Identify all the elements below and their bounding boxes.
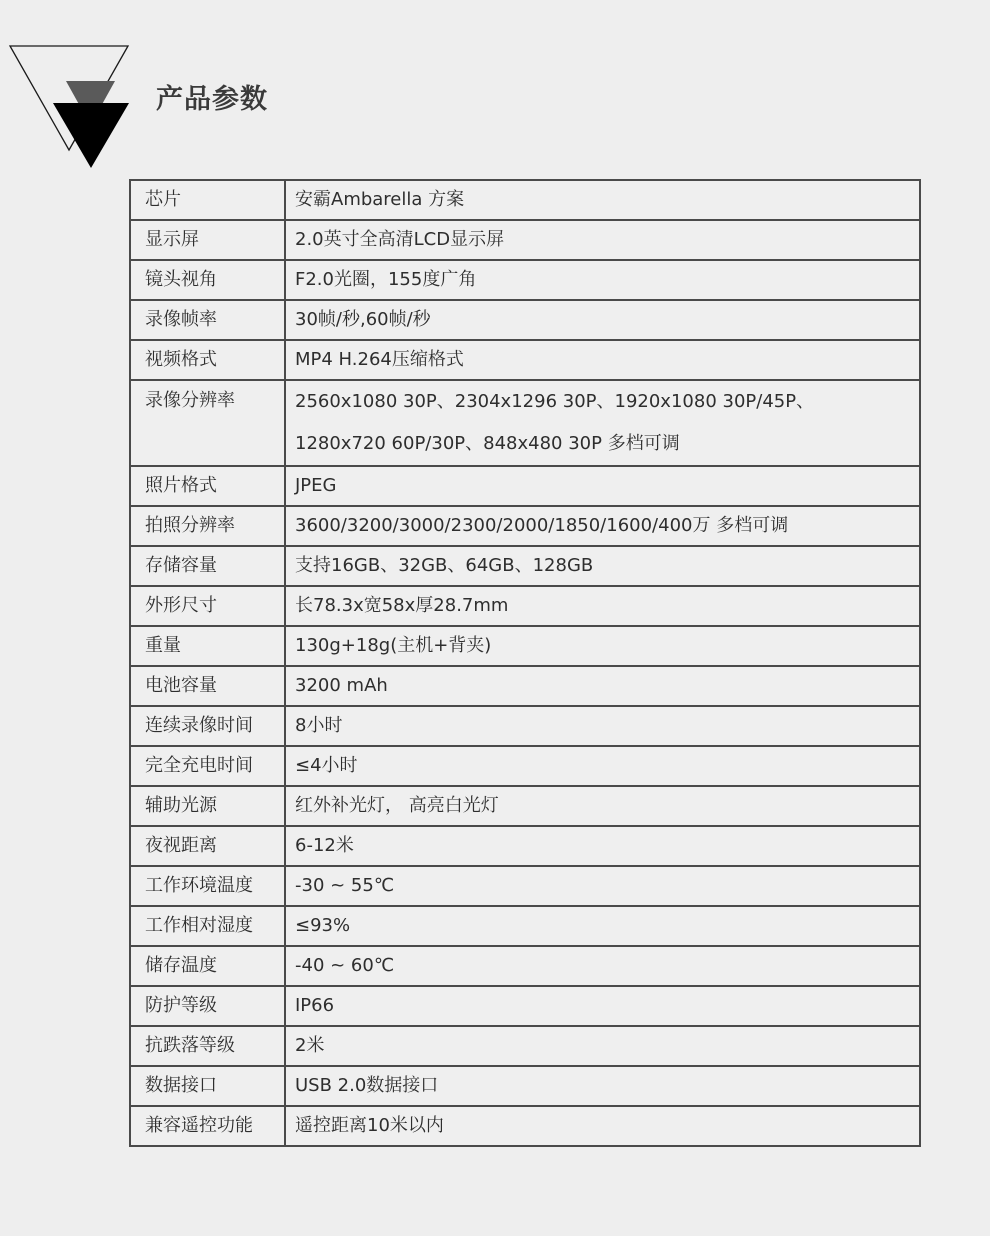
spec-label: 抗跌落等级 [130, 1026, 285, 1066]
spec-value-line: 8小时 [295, 715, 342, 736]
spec-value-line: MP4 H.264压缩格式 [295, 349, 464, 370]
spec-row: 显示屏2.0英寸全高清LCD显示屏 [130, 220, 920, 260]
spec-label: 录像帧率 [130, 300, 285, 340]
spec-row: 录像分辨率2560x1080 30P、2304x1296 30P、1920x10… [130, 380, 920, 466]
spec-row: 抗跌落等级2米 [130, 1026, 920, 1066]
spec-value-line: 长78.3x宽58x厚28.7mm [295, 595, 508, 616]
spec-value-line: ≤4小时 [295, 755, 358, 776]
spec-row: 存储容量支持16GB、32GB、64GB、128GB [130, 546, 920, 586]
spec-row: 工作环境温度-30 ~ 55℃ [130, 866, 920, 906]
spec-value: 遥控距离10米以内 [285, 1106, 920, 1146]
spec-value-line: F2.0光圈，155度广角 [295, 269, 476, 290]
spec-row: 芯片安霸Ambarella 方案 [130, 180, 920, 220]
spec-value: ≤93% [285, 906, 920, 946]
spec-value-line: 2米 [295, 1035, 324, 1056]
spec-value-line: -40 ~ 60℃ [295, 955, 394, 976]
spec-value: 2米 [285, 1026, 920, 1066]
spec-row: 储存温度-40 ~ 60℃ [130, 946, 920, 986]
spec-value: 长78.3x宽58x厚28.7mm [285, 586, 920, 626]
spec-label: 电池容量 [130, 666, 285, 706]
spec-value-line: 安霸Ambarella 方案 [295, 189, 464, 210]
spec-value-line: 红外补光灯， 高亮白光灯 [295, 795, 499, 816]
spec-label: 数据接口 [130, 1066, 285, 1106]
spec-label: 录像分辨率 [130, 380, 285, 466]
spec-label: 照片格式 [130, 466, 285, 506]
spec-label: 工作环境温度 [130, 866, 285, 906]
spec-value: JPEG [285, 466, 920, 506]
spec-value: IP66 [285, 986, 920, 1026]
spec-row: 防护等级IP66 [130, 986, 920, 1026]
spec-label: 拍照分辨率 [130, 506, 285, 546]
spec-value-line: ≤93% [295, 915, 350, 936]
spec-value: 2.0英寸全高清LCD显示屏 [285, 220, 920, 260]
spec-value-line: 遥控距离10米以内 [295, 1115, 444, 1136]
spec-label: 视频格式 [130, 340, 285, 380]
spec-row: 工作相对湿度≤93% [130, 906, 920, 946]
spec-label: 防护等级 [130, 986, 285, 1026]
spec-row: 电池容量3200 mAh [130, 666, 920, 706]
spec-row: 夜视距离6-12米 [130, 826, 920, 866]
spec-value: 安霸Ambarella 方案 [285, 180, 920, 220]
page-title: 产品参数 [156, 80, 268, 120]
spec-label: 夜视距离 [130, 826, 285, 866]
spec-value-line: 3200 mAh [295, 675, 388, 696]
spec-value-line: 130g+18g(主机+背夹) [295, 635, 491, 656]
spec-value-line: USB 2.0数据接口 [295, 1075, 438, 1096]
spec-label: 存储容量 [130, 546, 285, 586]
spec-value: 6-12米 [285, 826, 920, 866]
spec-value: 8小时 [285, 706, 920, 746]
spec-value-line: 30帧/秒,60帧/秒 [295, 309, 431, 330]
spec-value-line: -30 ~ 55℃ [295, 875, 394, 896]
spec-row: 录像帧率30帧/秒,60帧/秒 [130, 300, 920, 340]
spec-value-line: 6-12米 [295, 835, 354, 856]
spec-row: 视频格式MP4 H.264压缩格式 [130, 340, 920, 380]
spec-label: 辅助光源 [130, 786, 285, 826]
spec-value: 130g+18g(主机+背夹) [285, 626, 920, 666]
spec-row: 外形尺寸长78.3x宽58x厚28.7mm [130, 586, 920, 626]
spec-row: 辅助光源红外补光灯， 高亮白光灯 [130, 786, 920, 826]
spec-value-line: 2.0英寸全高清LCD显示屏 [295, 229, 504, 250]
spec-value: 2560x1080 30P、2304x1296 30P、1920x1080 30… [285, 380, 920, 466]
spec-label: 工作相对湿度 [130, 906, 285, 946]
spec-table: 芯片安霸Ambarella 方案显示屏2.0英寸全高清LCD显示屏镜头视角F2.… [129, 179, 921, 1147]
spec-label: 储存温度 [130, 946, 285, 986]
spec-value: 3200 mAh [285, 666, 920, 706]
spec-row: 重量130g+18g(主机+背夹) [130, 626, 920, 666]
spec-value: 支持16GB、32GB、64GB、128GB [285, 546, 920, 586]
spec-label: 显示屏 [130, 220, 285, 260]
spec-value: 红外补光灯， 高亮白光灯 [285, 786, 920, 826]
spec-value: MP4 H.264压缩格式 [285, 340, 920, 380]
spec-value-line: 2560x1080 30P、2304x1296 30P、1920x1080 30… [295, 381, 919, 423]
spec-value-line: 1280x720 60P/30P、848x480 30P 多档可调 [295, 423, 919, 465]
spec-value: F2.0光圈，155度广角 [285, 260, 920, 300]
spec-value-line: 3600/3200/3000/2300/2000/1850/1600/400万 … [295, 515, 788, 536]
spec-label: 外形尺寸 [130, 586, 285, 626]
spec-label: 兼容遥控功能 [130, 1106, 285, 1146]
spec-row: 连续录像时间8小时 [130, 706, 920, 746]
spec-row: 镜头视角F2.0光圈，155度广角 [130, 260, 920, 300]
spec-value: -30 ~ 55℃ [285, 866, 920, 906]
spec-value: 3600/3200/3000/2300/2000/1850/1600/400万 … [285, 506, 920, 546]
spec-value-line: IP66 [295, 995, 334, 1016]
spec-value: USB 2.0数据接口 [285, 1066, 920, 1106]
triangle-logo-icon [8, 44, 133, 170]
spec-value: ≤4小时 [285, 746, 920, 786]
spec-label: 芯片 [130, 180, 285, 220]
spec-row: 兼容遥控功能遥控距离10米以内 [130, 1106, 920, 1146]
spec-label: 重量 [130, 626, 285, 666]
spec-row: 完全充电时间≤4小时 [130, 746, 920, 786]
spec-label: 完全充电时间 [130, 746, 285, 786]
spec-table-body: 芯片安霸Ambarella 方案显示屏2.0英寸全高清LCD显示屏镜头视角F2.… [130, 180, 920, 1146]
spec-row: 数据接口USB 2.0数据接口 [130, 1066, 920, 1106]
section-header: 产品参数 [0, 0, 990, 175]
spec-label: 镜头视角 [130, 260, 285, 300]
spec-value-line: JPEG [295, 475, 336, 496]
spec-value: 30帧/秒,60帧/秒 [285, 300, 920, 340]
spec-value-line: 支持16GB、32GB、64GB、128GB [295, 555, 593, 576]
spec-value: -40 ~ 60℃ [285, 946, 920, 986]
spec-row: 照片格式JPEG [130, 466, 920, 506]
spec-label: 连续录像时间 [130, 706, 285, 746]
spec-row: 拍照分辨率3600/3200/3000/2300/2000/1850/1600/… [130, 506, 920, 546]
